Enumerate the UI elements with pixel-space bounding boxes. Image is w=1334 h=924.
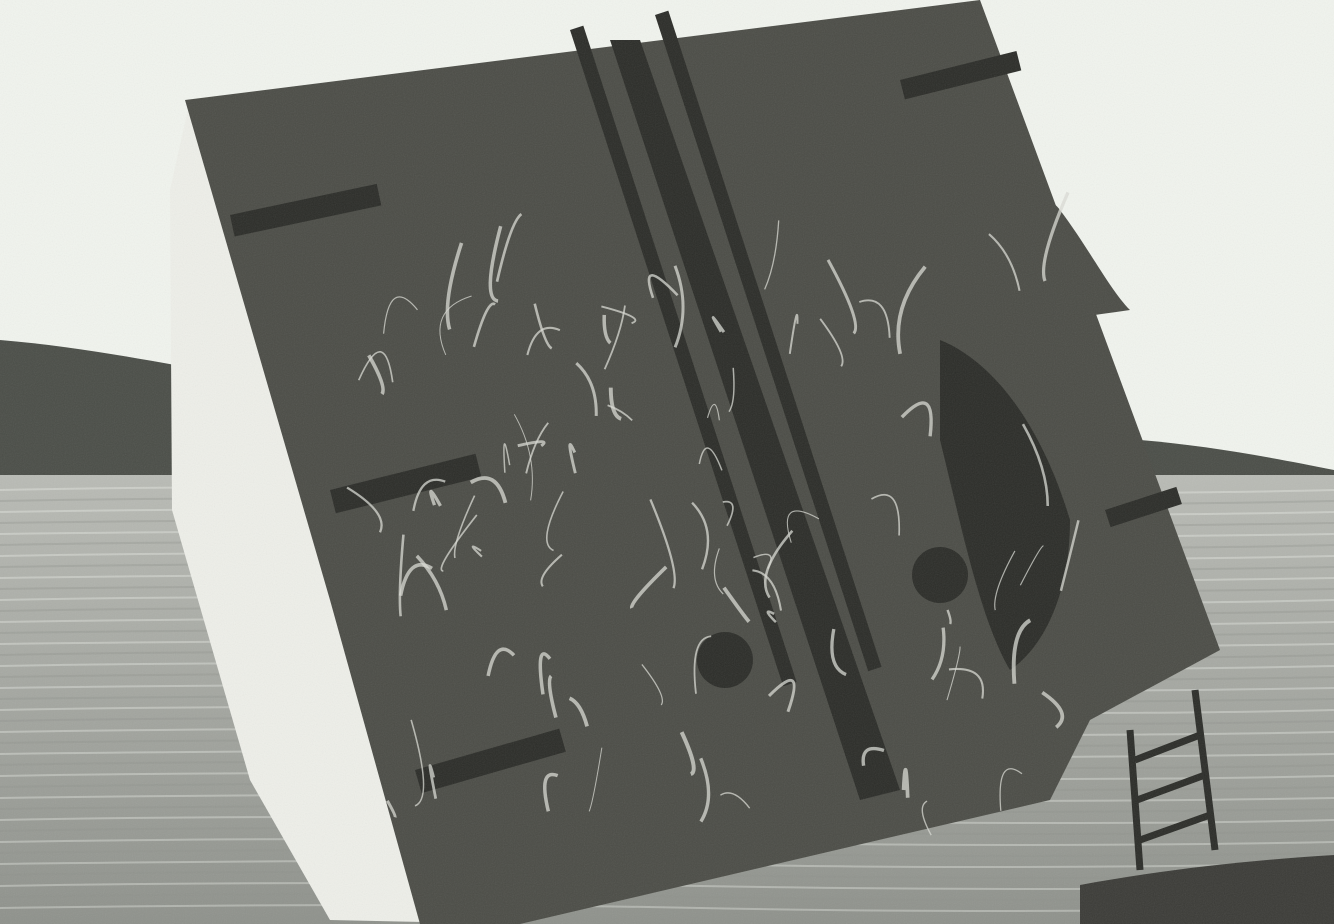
scene [0,0,1334,924]
photograph: A damaged, tilted truck cargo container … [0,0,1334,924]
film-grain [0,0,1334,924]
